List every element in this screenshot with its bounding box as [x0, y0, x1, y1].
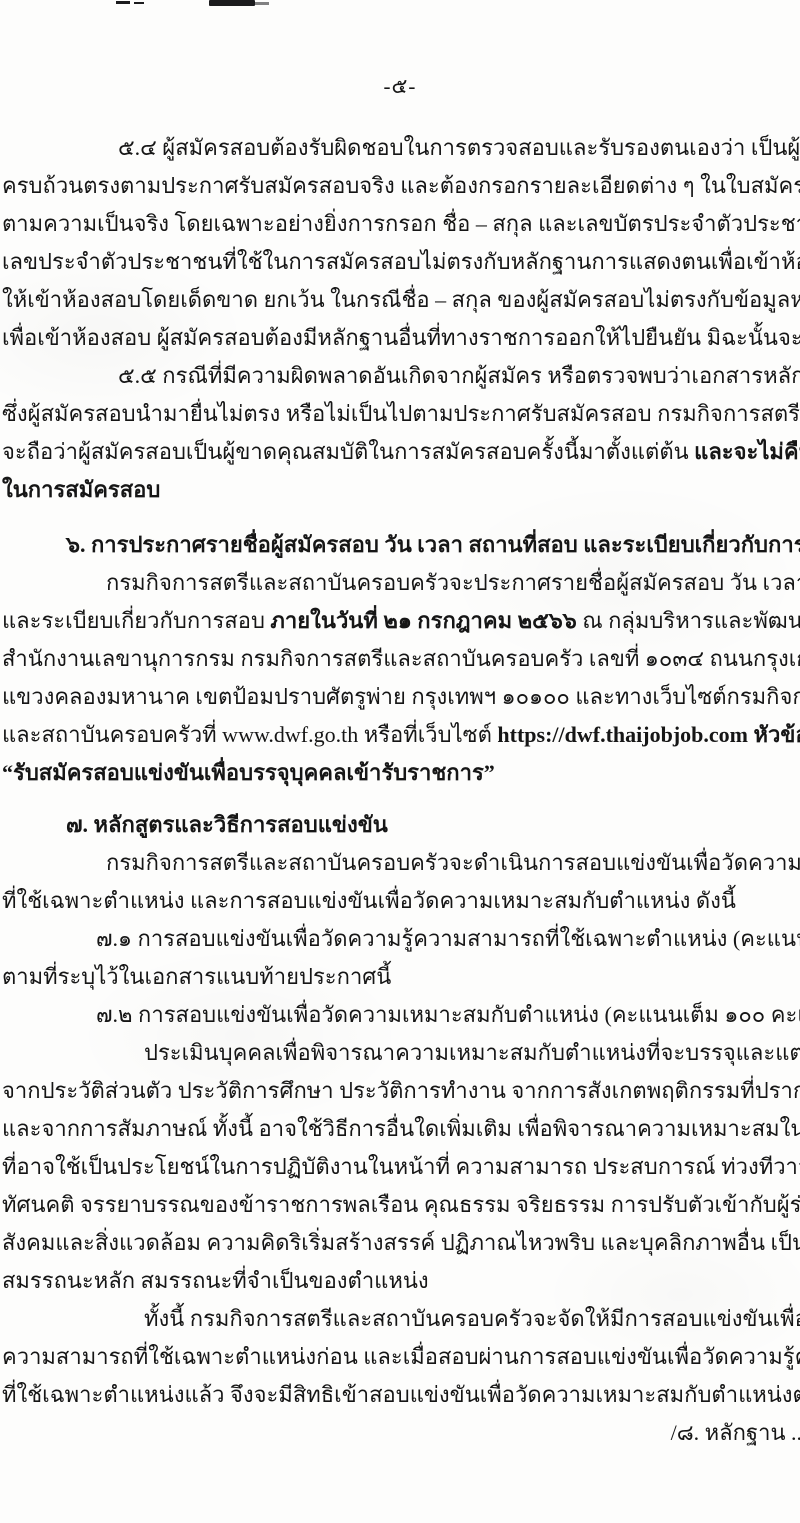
- text-segment: ซึ่งผู้สมัครสอบนำมายื่นไม่ตรง หรือไม่เป็…: [2, 401, 800, 426]
- text-line: จากประวัติส่วนตัว ประวัติการศึกษา ประวัต…: [2, 1072, 800, 1110]
- scan-artifact: [134, 2, 144, 4]
- text-line: ประเมินบุคคลเพื่อพิจารณาความเหมาะสมกับตำ…: [2, 1034, 800, 1072]
- text-line: ครบถ้วนตรงตามประกาศรับสมัครสอบจริง และต้…: [2, 167, 800, 205]
- text-line: ตามที่ระบุไว้ในเอกสารแนบท้ายประกาศนี้: [2, 958, 800, 996]
- text-segment: ทั้งนี้ กรมกิจการสตรีและสถาบันครอบครัวจะ…: [144, 1306, 800, 1331]
- text-line: กรมกิจการสตรีและสถาบันครอบครัวจะดำเนินกา…: [2, 844, 800, 882]
- text-line: สมรรถนะหลัก สมรรถนะที่จำเป็นของตำแหน่ง: [2, 1262, 800, 1300]
- text-line: ซึ่งผู้สมัครสอบนำมายื่นไม่ตรง หรือไม่เป็…: [2, 395, 800, 433]
- text-line: และระเบียบเกี่ยวกับการสอบ ภายในวันที่ ๒๑…: [2, 602, 800, 640]
- text-line: ๗.๒ การสอบแข่งขันเพื่อวัดความเหมาะสมกับต…: [2, 996, 800, 1034]
- text-line: เพื่อเข้าห้องสอบ ผู้สมัครสอบต้องมีหลักฐา…: [2, 319, 800, 357]
- scan-artifact: [255, 2, 269, 5]
- text-line: แขวงคลองมหานาค เขตป้อมปราบศัตรูพ่าย กรุง…: [2, 678, 800, 716]
- text-line: ตามความเป็นจริง โดยเฉพาะอย่างยิ่งการกรอก…: [2, 205, 800, 243]
- text-segment: สำนักงานเลขานุการกรม กรมกิจการสตรีและสถา…: [2, 646, 800, 671]
- text-segment: ตามความเป็นจริง โดยเฉพาะอย่างยิ่งการกรอก…: [2, 211, 800, 236]
- text-line: และสถาบันครอบครัวที่ www.dwf.go.th หรือท…: [2, 716, 800, 754]
- text-line: จะถือว่าผู้สมัครสอบเป็นผู้ขาดคุณสมบัติใน…: [2, 433, 800, 471]
- text-line: และจากการสัมภาษณ์ ทั้งนี้ อาจใช้วิธีการอ…: [2, 1110, 800, 1148]
- text-segment: สมรรถนะหลัก สมรรถนะที่จำเป็นของตำแหน่ง: [2, 1268, 429, 1293]
- text-segment: ทัศนคติ จรรยาบรรณของข้าราชการพลเรือน คุณ…: [2, 1192, 800, 1217]
- text-line: ๕.๕ กรณีที่มีความผิดพลาดอันเกิดจากผู้สมั…: [2, 357, 800, 395]
- text-line: ๗.๑ การสอบแข่งขันเพื่อวัดความรู้ความสามา…: [2, 920, 800, 958]
- text-line: สำนักงานเลขานุการกรม กรมกิจการสตรีและสถา…: [2, 640, 800, 678]
- text-segment: กรมกิจการสตรีและสถาบันครอบครัวจะดำเนินกา…: [106, 850, 800, 875]
- text-segment: และระเบียบเกี่ยวกับการสอบ: [2, 608, 270, 633]
- text-line: สังคมและสิ่งแวดล้อม ความคิดริเริ่มสร้างส…: [2, 1224, 800, 1262]
- text-line: ที่ใช้เฉพาะตำแหน่ง และการสอบแข่งขันเพื่อ…: [2, 882, 800, 920]
- text-segment: ที่ใช้เฉพาะตำแหน่ง และการสอบแข่งขันเพื่อ…: [2, 888, 736, 913]
- text-segment: ความสามารถที่ใช้เฉพาะตำแหน่งก่อน และเมื่…: [2, 1344, 800, 1369]
- text-segment: เพื่อเข้าห้องสอบ ผู้สมัครสอบต้องมีหลักฐา…: [2, 325, 800, 350]
- text-line: กรมกิจการสตรีและสถาบันครอบครัวจะประกาศรา…: [2, 564, 800, 602]
- bold-text-segment: “รับสมัครสอบแข่งขันเพื่อบรรจุบุคคลเข้ารั…: [2, 760, 495, 785]
- text-segment: ตามที่ระบุไว้ในเอกสารแนบท้ายประกาศนี้: [2, 964, 391, 989]
- text-line: “รับสมัครสอบแข่งขันเพื่อบรรจุบุคคลเข้ารั…: [2, 754, 800, 792]
- continuation-marker: /๘. หลักฐาน ..: [2, 1414, 800, 1452]
- text-line: ที่อาจใช้เป็นประโยชน์ในการปฏิบัติงานในหน…: [2, 1148, 800, 1186]
- text-line: ๖. การประกาศรายชื่อผู้สมัครสอบ วัน เวลา …: [2, 526, 800, 564]
- bold-text-segment: และจะไม่คืนค่าธรรมเนียม: [694, 439, 800, 464]
- bold-text-segment: ภายในวันที่ ๒๑ กรกฎาคม ๒๕๖๖: [270, 608, 576, 633]
- text-segment: ครบถ้วนตรงตามประกาศรับสมัครสอบจริง และต้…: [2, 173, 800, 198]
- text-segment: แขวงคลองมหานาค เขตป้อมปราบศัตรูพ่าย กรุง…: [2, 684, 800, 709]
- text-line: ๕.๔ ผู้สมัครสอบต้องรับผิดชอบในการตรวจสอบ…: [2, 129, 800, 167]
- text-segment: ที่ใช้เฉพาะตำแหน่งแล้ว จึงจะมีสิทธิเข้าส…: [2, 1382, 800, 1407]
- text-segment: และสถาบันครอบครัวที่ www.dwf.go.th หรือท…: [2, 722, 497, 747]
- text-segment: ๗.๑ การสอบแข่งขันเพื่อวัดความรู้ความสามา…: [96, 926, 800, 951]
- text-segment: กรมกิจการสตรีและสถาบันครอบครัวจะประกาศรา…: [106, 570, 800, 595]
- page-number: -๕-: [0, 70, 800, 103]
- text-segment: ให้เข้าห้องสอบโดยเด็ดขาด ยกเว้น ในกรณีชื…: [2, 287, 800, 312]
- text-segment: ประเมินบุคคลเพื่อพิจารณาความเหมาะสมกับตำ…: [144, 1040, 800, 1065]
- text-segment: ที่อาจใช้เป็นประโยชน์ในการปฏิบัติงานในหน…: [2, 1154, 800, 1179]
- text-line: ให้เข้าห้องสอบโดยเด็ดขาด ยกเว้น ในกรณีชื…: [2, 281, 800, 319]
- text-line: ทั้งนี้ กรมกิจการสตรีและสถาบันครอบครัวจะ…: [2, 1300, 800, 1338]
- text-line: ความสามารถที่ใช้เฉพาะตำแหน่งก่อน และเมื่…: [2, 1338, 800, 1376]
- text-segment: ๗.๒ การสอบแข่งขันเพื่อวัดความเหมาะสมกับต…: [96, 1002, 800, 1027]
- bold-text-segment: https://dwf.thaijobjob.com หัวข้อ: [497, 722, 800, 747]
- text-line: ๗. หลักสูตรและวิธีการสอบแข่งขัน: [2, 806, 800, 844]
- scan-artifact: [116, 1, 130, 4]
- text-segment: และจากการสัมภาษณ์ ทั้งนี้ อาจใช้วิธีการอ…: [2, 1116, 800, 1141]
- text-line: ในการสมัครสอบ: [2, 471, 800, 509]
- text-segment: ๕.๕ กรณีที่มีความผิดพลาดอันเกิดจากผู้สมั…: [118, 363, 800, 388]
- bold-text-segment: ๗. หลักสูตรและวิธีการสอบแข่งขัน: [66, 812, 388, 837]
- scan-artifact: [209, 0, 255, 6]
- text-segment: /๘. หลักฐาน ..: [671, 1420, 800, 1445]
- text-segment: จากประวัติส่วนตัว ประวัติการศึกษา ประวัต…: [2, 1078, 800, 1103]
- text-segment: สังคมและสิ่งแวดล้อม ความคิดริเริ่มสร้างส…: [2, 1230, 800, 1255]
- text-line: ทัศนคติ จรรยาบรรณของข้าราชการพลเรือน คุณ…: [2, 1186, 800, 1224]
- bold-text-segment: ๖. การประกาศรายชื่อผู้สมัครสอบ วัน เวลา …: [66, 532, 800, 557]
- scanned-document-page: -๕- ๕.๔ ผู้สมัครสอบต้องรับผิดชอบในการตรว…: [0, 0, 800, 1523]
- bold-text-segment: ในการสมัครสอบ: [2, 477, 160, 502]
- text-segment: ๕.๔ ผู้สมัครสอบต้องรับผิดชอบในการตรวจสอบ…: [118, 135, 800, 160]
- text-line: ที่ใช้เฉพาะตำแหน่งแล้ว จึงจะมีสิทธิเข้าส…: [2, 1376, 800, 1414]
- document-body: ๕.๔ ผู้สมัครสอบต้องรับผิดชอบในการตรวจสอบ…: [2, 129, 800, 1452]
- text-segment: เลขประจำตัวประชาชนที่ใช้ในการสมัครสอบไม่…: [2, 249, 800, 274]
- text-line: เลขประจำตัวประชาชนที่ใช้ในการสมัครสอบไม่…: [2, 243, 800, 281]
- text-segment: ณ กลุ่มบริหารและพัฒนาทรัพยากรบุคคล: [577, 608, 800, 633]
- text-segment: จะถือว่าผู้สมัครสอบเป็นผู้ขาดคุณสมบัติใน…: [2, 439, 694, 464]
